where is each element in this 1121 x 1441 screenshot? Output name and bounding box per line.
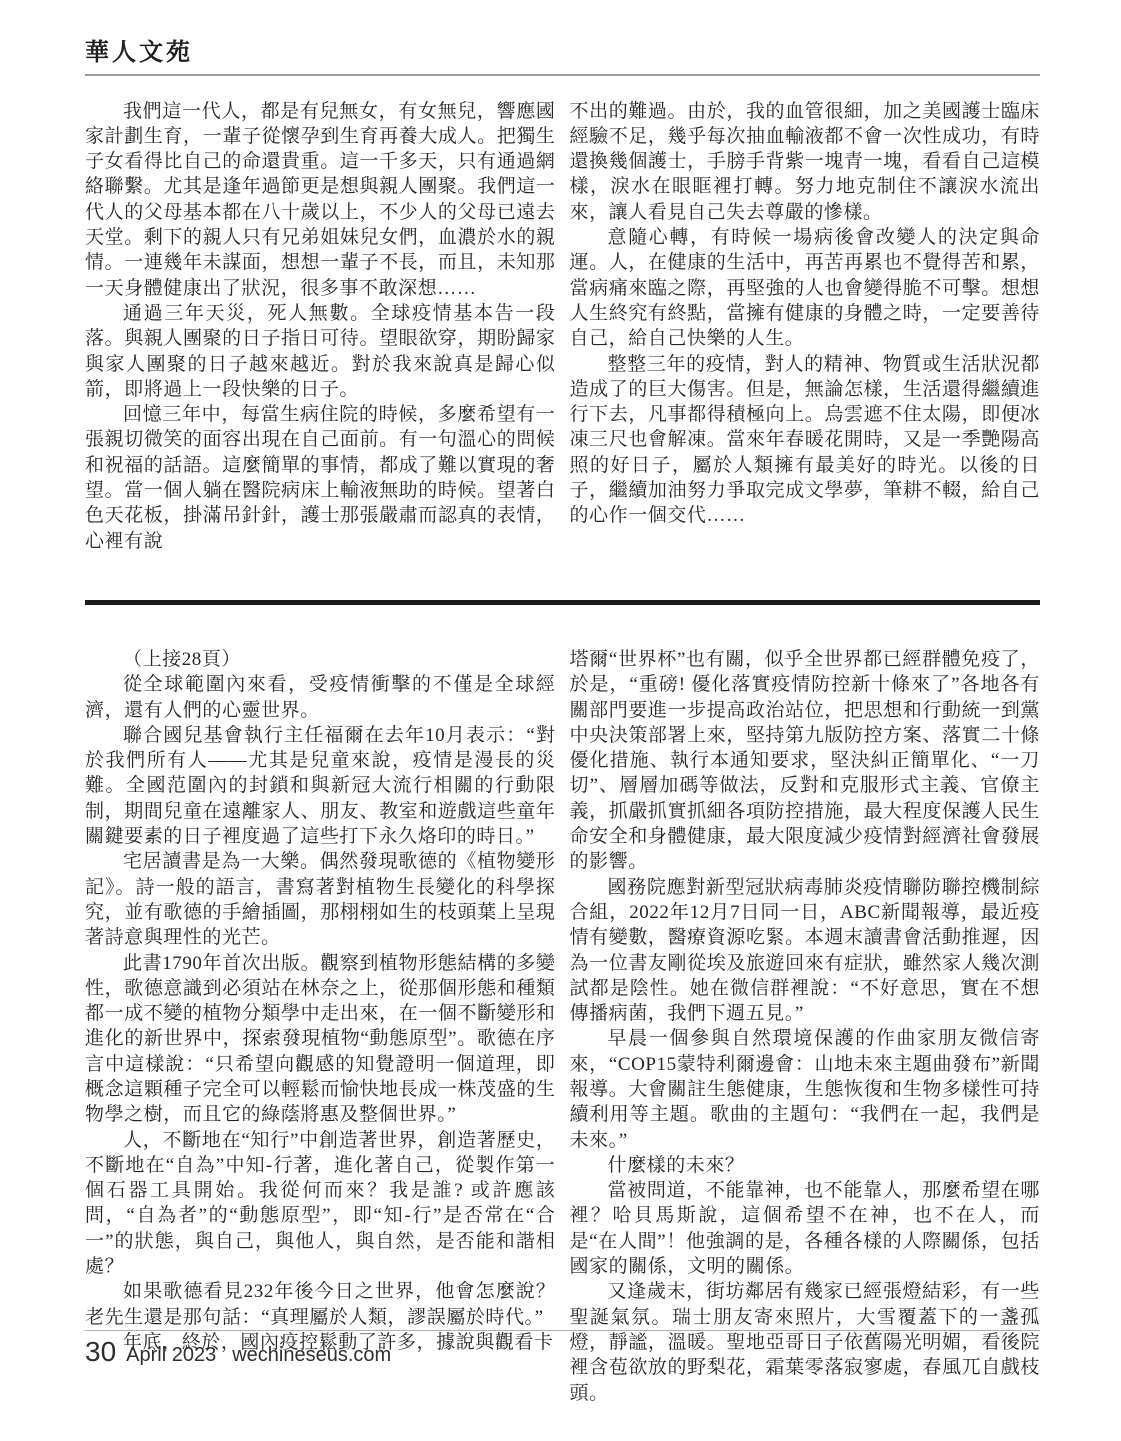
magazine-page: 華人文苑 我們這一代人，都是有兒無女，有女無兒，響應國家計劃生育，一輩子從懷孕到… (0, 0, 1121, 1441)
paragraph: 從全球範圍內來看，受疫情衝擊的不僅是全球經濟，還有人們的心靈世界。 (85, 672, 556, 723)
paragraph: 當被問道，不能靠神，也不能靠人，那麼希望在哪裡？哈貝馬斯說，這個希望不在神，也不… (570, 1178, 1041, 1279)
paragraph-continuation: 不出的難過。由於，我的血管很細，加之美國護士臨床經驗不足，幾乎每次抽血輸液都不會… (570, 99, 1041, 225)
paragraph: 此書1790年首次出版。觀察到植物形態結構的多變性，歌德意識到必須站在林奈之上，… (85, 951, 556, 1128)
paragraph: 如果歌德看見232年後今日之世界，他會怎麼說？老先生還是那句話：“真理屬於人類，… (85, 1279, 556, 1330)
section-divider (85, 600, 1040, 605)
paragraph: 意隨心轉，有時候一場病後會改變人的決定與命運。人，在健康的生活中，再苦再累也不覺… (570, 225, 1041, 351)
paragraph: 回憶三年中，每當生病住院的時候，多麼希望有一張親切微笑的面容出現在自己面前。有一… (85, 402, 556, 554)
article-top-right-column: 不出的難過。由於，我的血管很細，加之美國護士臨床經驗不足，幾乎每次抽血輸液都不會… (570, 99, 1041, 554)
paragraph: 什麼樣的未來？ (570, 1153, 1041, 1178)
article-top-left-column: 我們這一代人，都是有兒無女，有女無兒，響應國家計劃生育，一輩子從懷孕到生育再養大… (85, 99, 556, 554)
page-number: 30 (85, 1338, 116, 1366)
paragraph: 我們這一代人，都是有兒無女，有女無兒，響應國家計劃生育，一輩子從懷孕到生育再養大… (85, 99, 556, 301)
article-bottom-right-column: 塔爾“世界杯”也有關，似乎全世界都已經群體免疫了，於是，“重磅! 優化落實疫情防… (570, 647, 1041, 1406)
footer-date: April 2023 (126, 1344, 216, 1367)
footer-website: wechineseus.com (232, 1344, 391, 1367)
page-header: 華人文苑 (85, 40, 1040, 76)
continuation-note: （上接28頁） (85, 647, 556, 672)
article-bottom: （上接28頁） 從全球範圍內來看，受疫情衝擊的不僅是全球經濟，還有人們的心靈世界… (85, 647, 1040, 1406)
paragraph: 整整三年的疫情，對人的精神、物質或生活狀況都造成了的巨大傷害。但是，無論怎樣，生… (570, 352, 1041, 529)
page-footer: 30 April 2023 wechineseus.com (85, 1330, 1040, 1367)
article-bottom-left-column: （上接28頁） 從全球範圍內來看，受疫情衝擊的不僅是全球經濟，還有人們的心靈世界… (85, 647, 556, 1406)
article-top: 我們這一代人，都是有兒無女，有女無兒，響應國家計劃生育，一輩子從懷孕到生育再養大… (85, 99, 1040, 554)
paragraph: 早晨一個參與自然環境保護的作曲家朋友微信寄來，“COP15蒙特利爾邊會：山地未來… (570, 1026, 1041, 1152)
paragraph: 宅居讀書是為一大樂。偶然發現歌德的《植物變形記》。詩一般的語言，書寫著對植物生長… (85, 849, 556, 950)
paragraph-continuation: 塔爾“世界杯”也有關，似乎全世界都已經群體免疫了，於是，“重磅! 優化落實疫情防… (570, 647, 1041, 875)
paragraph: 通過三年天災，死人無數。全球疫情基本告一段落。與親人團聚的日子指日可待。望眼欲穿… (85, 301, 556, 402)
paragraph: 人，不斷地在“知行”中創造著世界，創造著歷史，不斷地在“自為”中知-行著，進化著… (85, 1128, 556, 1280)
paragraph: 國務院應對新型冠狀病毒肺炎疫情聯防聯控機制綜合組，2022年12月7日同一日，A… (570, 875, 1041, 1027)
paragraph: 聯合國兒基會執行主任福爾在去年10月表示：“對於我們所有人——尤其是兒童來說，疫… (85, 723, 556, 849)
section-title: 華人文苑 (85, 40, 1040, 68)
